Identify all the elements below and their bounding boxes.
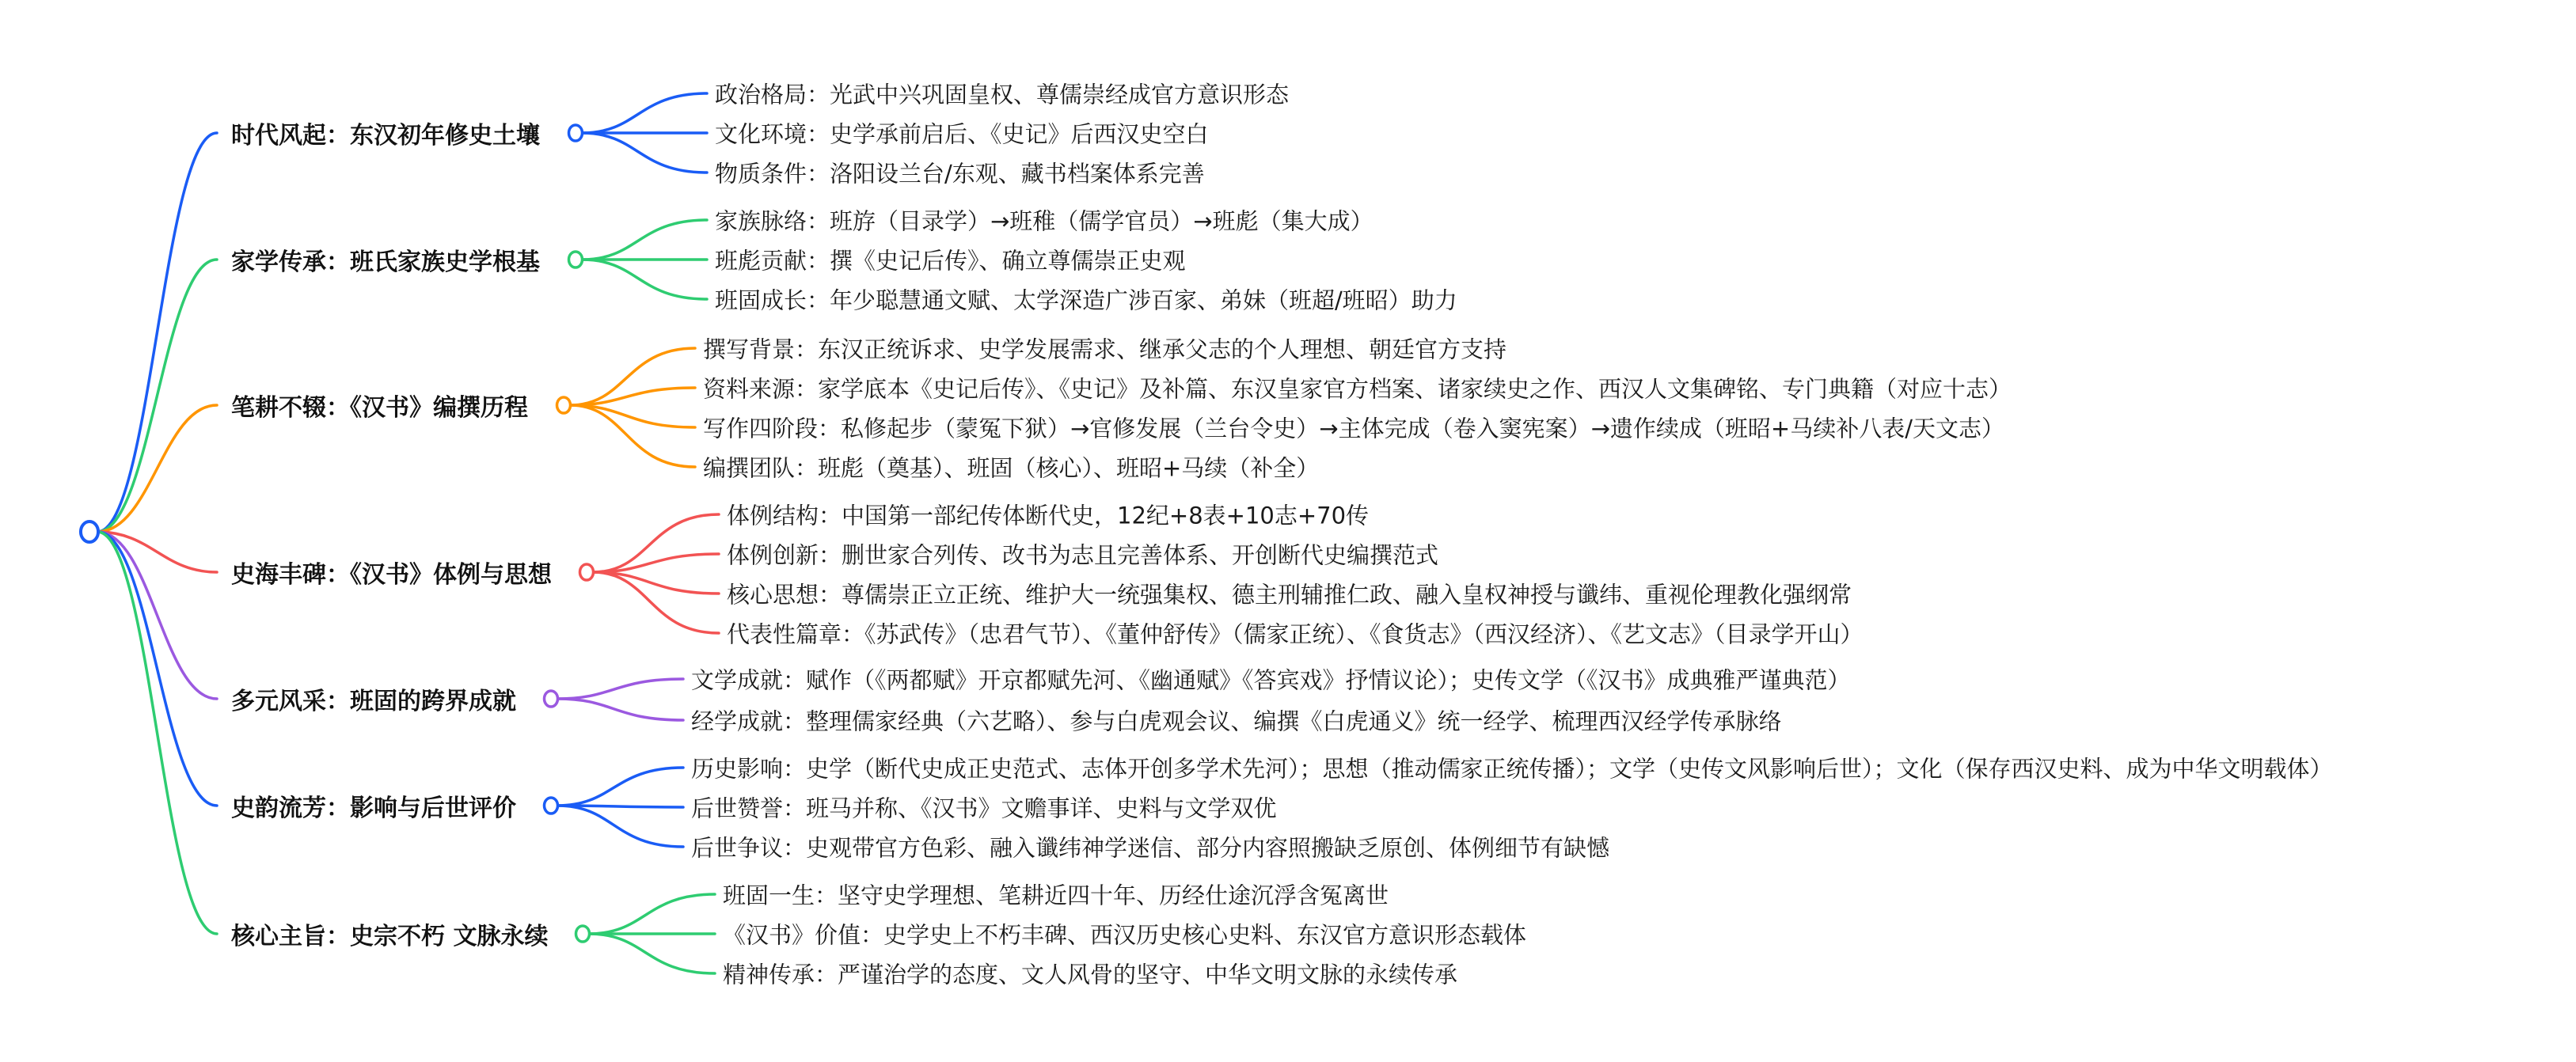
leaf-node-label[interactable]: 家族脉络：班斿（目录学）→班稚（儒学官员）→班彪（集大成） <box>715 204 1373 237</box>
leaf-node-label[interactable]: 撰写背景：东汉正统诉求、史学发展需求、继承父志的个人理想、朝廷官方支持 <box>703 332 1506 365</box>
leaf-node-label[interactable]: 文化环境：史学承前启后、《史记》后西汉史空白 <box>715 117 1209 150</box>
branch-node-label[interactable]: 史韵流芳：影响与后世评价 <box>231 788 516 823</box>
leaf-connector <box>589 934 715 973</box>
branch-node-label[interactable]: 多元风采：班固的跨界成就 <box>231 681 516 716</box>
leaf-node-label[interactable]: 写作四阶段：私修起步（蒙冤下狱）→官修发展（兰台令史）→主体完成（卷入窦宪案）→… <box>703 412 2004 444</box>
collapse-toggle-icon[interactable] <box>580 564 594 580</box>
leaf-connector <box>557 806 683 847</box>
collapse-toggle-icon[interactable] <box>569 125 583 141</box>
branch-connector <box>97 532 217 934</box>
leaf-node-label[interactable]: 编撰团队：班彪（奠基）、班固（核心）、班昭+马续（补全） <box>703 451 1319 484</box>
leaf-connector <box>557 679 683 699</box>
collapse-toggle-icon[interactable] <box>557 397 571 413</box>
leaf-connector <box>582 93 707 133</box>
leaf-node-label[interactable]: 精神传承：严谨治学的态度、文人风骨的坚守、中华文明文脉的永续传承 <box>723 958 1457 990</box>
branch-node-label[interactable]: 家学传承：班氏家族史学根基 <box>231 242 540 277</box>
leaf-connector <box>582 220 707 260</box>
collapse-toggle-icon[interactable] <box>545 798 558 814</box>
branch-node-label[interactable]: 时代风起：东汉初年修史土壤 <box>231 116 540 150</box>
leaf-connector <box>593 514 719 572</box>
leaf-connector <box>557 768 683 806</box>
leaf-node-label[interactable]: 政治格局：光武中兴巩固皇权、尊儒崇经成官方意识形态 <box>715 78 1289 110</box>
leaf-node-label[interactable]: 体例结构：中国第一部纪传体断代史，12纪+8表+10志+70传 <box>727 499 1369 531</box>
leaf-node-label[interactable]: 后世争议：史观带官方色彩、融入谶纬神学迷信、部分内容照搬缺乏原创、体例细节有缺憾 <box>691 831 1609 863</box>
leaf-node-label[interactable]: 物质条件：洛阳设兰台/东观、藏书档案体系完善 <box>715 157 1205 189</box>
branch-connector <box>97 133 217 532</box>
leaf-node-label[interactable]: 班彪贡献：撰《史记后传》、确立尊儒崇正史观 <box>715 244 1186 276</box>
leaf-node-label[interactable]: 历史影响：史学（断代史成正史范式、志体开创多学术先河）；思想（推动儒家正统传播）… <box>691 752 2333 784</box>
leaf-node-label[interactable]: 体例创新：删世家合列传、改书为志且完善体系、开创断代史编撰范式 <box>727 538 1438 571</box>
mind-map: 时代风起：东汉初年修史土壤政治格局：光武中兴巩固皇权、尊儒崇经成官方意识形态文化… <box>0 0 2576 1062</box>
collapse-toggle-icon[interactable] <box>576 926 590 942</box>
leaf-node-label[interactable]: 经学成就：整理儒家经典（六艺略）、参与白虎观会议、编撰《白虎通义》统一经学、梳理… <box>691 704 1782 737</box>
leaf-connector <box>557 699 683 720</box>
collapse-toggle-icon[interactable] <box>569 252 583 267</box>
leaf-connector <box>570 405 695 467</box>
leaf-node-label[interactable]: 文学成就：赋作（《两都赋》开京都赋先河、《幽通赋》《答宾戏》抒情议论）；史传文学… <box>691 663 1851 696</box>
leaf-node-label[interactable]: 《汉书》价值：史学史上不朽丰碑、西汉历史核心史料、东汉官方意识形态载体 <box>723 918 1526 950</box>
branch-connector <box>97 260 217 532</box>
branch-node-label[interactable]: 笔耕不辍：《汉书》编撰历程 <box>231 388 528 423</box>
branch-node-label[interactable]: 核心主旨：史宗不朽 文脉永续 <box>231 916 548 951</box>
root-node-icon[interactable] <box>81 522 98 542</box>
leaf-connector <box>593 572 719 633</box>
leaf-node-label[interactable]: 班固一生：坚守史学理想、笔耕近四十年、历经仕途沉浮含冤离世 <box>723 878 1389 911</box>
leaf-node-label[interactable]: 后世赞誉：班马并称、《汉书》文赡事详、史料与文学双优 <box>691 791 1277 824</box>
leaf-connector <box>582 260 707 299</box>
collapse-toggle-icon[interactable] <box>545 691 558 707</box>
branch-connector <box>97 532 217 806</box>
leaf-node-label[interactable]: 班固成长：年少聪慧通文赋、太学深造广涉百家、弟妹（班超/班昭）助力 <box>715 283 1457 316</box>
leaf-connector <box>589 894 715 934</box>
leaf-node-label[interactable]: 核心思想：尊儒崇正立正统、维护大一统强集权、德主刑辅推仁政、融入皇权神授与谶纬、… <box>727 578 1852 610</box>
branch-node-label[interactable]: 史海丰碑：《汉书》体例与思想 <box>231 555 552 590</box>
leaf-node-label[interactable]: 资料来源：家学底本《史记后传》、《史记》及补篇、东汉皇家官方档案、诸家续史之作、… <box>703 372 2012 404</box>
leaf-node-label[interactable]: 代表性篇章：《苏武传》（忠君气节）、《董仲舒传》（儒家正统）、《食货志》（西汉经… <box>727 617 1864 650</box>
leaf-connector <box>582 133 707 173</box>
